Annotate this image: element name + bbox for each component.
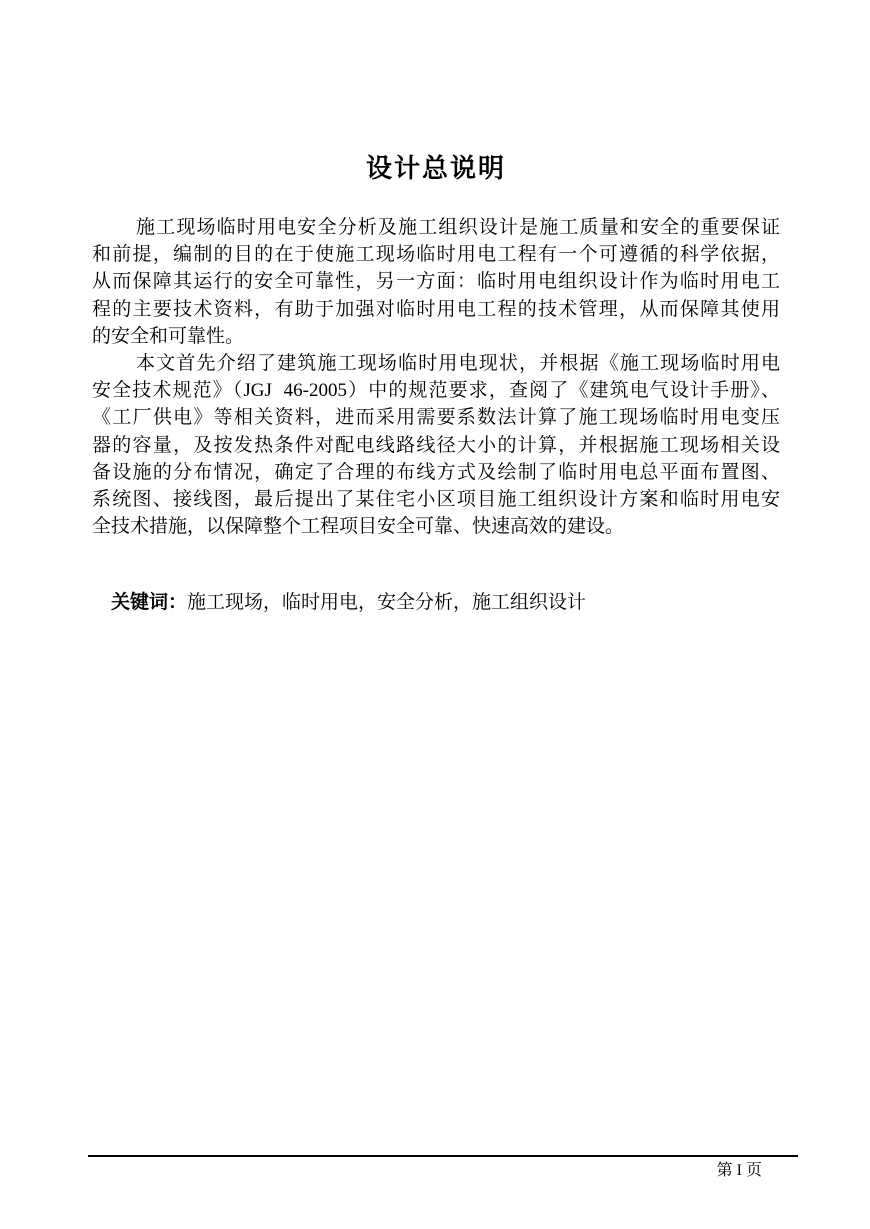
document-page: 设计总说明 施工现场临时用电安全分析及施工组织设计是施工质量和安全的重要保证和前…: [0, 0, 870, 1229]
abstract-body: 施工现场临时用电安全分析及施工组织设计是施工质量和安全的重要保证和前提，编制的目…: [92, 214, 780, 540]
keywords-label: 关键词：: [111, 592, 187, 613]
text-line: 备设施的分布情况，确定了合理的布线方式及绘制了临时用电总平面布置图、: [92, 459, 780, 486]
keywords-line: 关键词：施工现场，临时用电，安全分析，施工组织设计: [92, 562, 780, 643]
text-line: 器的容量，及按发热条件对配电线路线径大小的计算，并根据施工现场相关设: [92, 432, 780, 459]
text-line: 和前提，编制的目的在于使施工现场临时用电工程有一个可遵循的科学依据，: [92, 241, 780, 268]
text-line: 全技术措施，以保障整个工程项目安全可靠、快速高效的建设。: [92, 513, 780, 540]
paragraph: 施工现场临时用电安全分析及施工组织设计是施工质量和安全的重要保证和前提，编制的目…: [92, 214, 780, 350]
text-line: 程的主要技术资料，有助于加强对临时用电工程的技术管理，从而保障其使用: [92, 296, 780, 323]
text-line: 安全技术规范》（JGJ 46-2005）中的规范要求，查阅了《建筑电气设计手册》…: [92, 377, 780, 404]
text-line: 《工厂供电》等相关资料，进而采用需要系数法计算了施工现场临时用电变压: [92, 404, 780, 431]
text-line: 施工现场临时用电安全分析及施工组织设计是施工质量和安全的重要保证: [92, 214, 780, 241]
paragraph: 本文首先介绍了建筑施工现场临时用电现状，并根据《施工现场临时用电安全技术规范》（…: [92, 350, 780, 540]
text-line: 系统图、接线图，最后提出了某住宅小区项目施工组织设计方案和临时用电安: [92, 486, 780, 513]
keywords-text: 施工现场，临时用电，安全分析，施工组织设计: [187, 592, 586, 613]
text-line: 本文首先介绍了建筑施工现场临时用电现状，并根据《施工现场临时用电: [92, 350, 780, 377]
footer-rule: [88, 1155, 798, 1157]
text-line: 的安全和可靠性。: [92, 323, 780, 350]
text-line: 从而保障其运行的安全可靠性，另一方面：临时用电组织设计作为临时用电工: [92, 268, 780, 295]
page-title: 设计总说明: [92, 150, 780, 186]
page-number: 第 I 页: [88, 1160, 798, 1182]
